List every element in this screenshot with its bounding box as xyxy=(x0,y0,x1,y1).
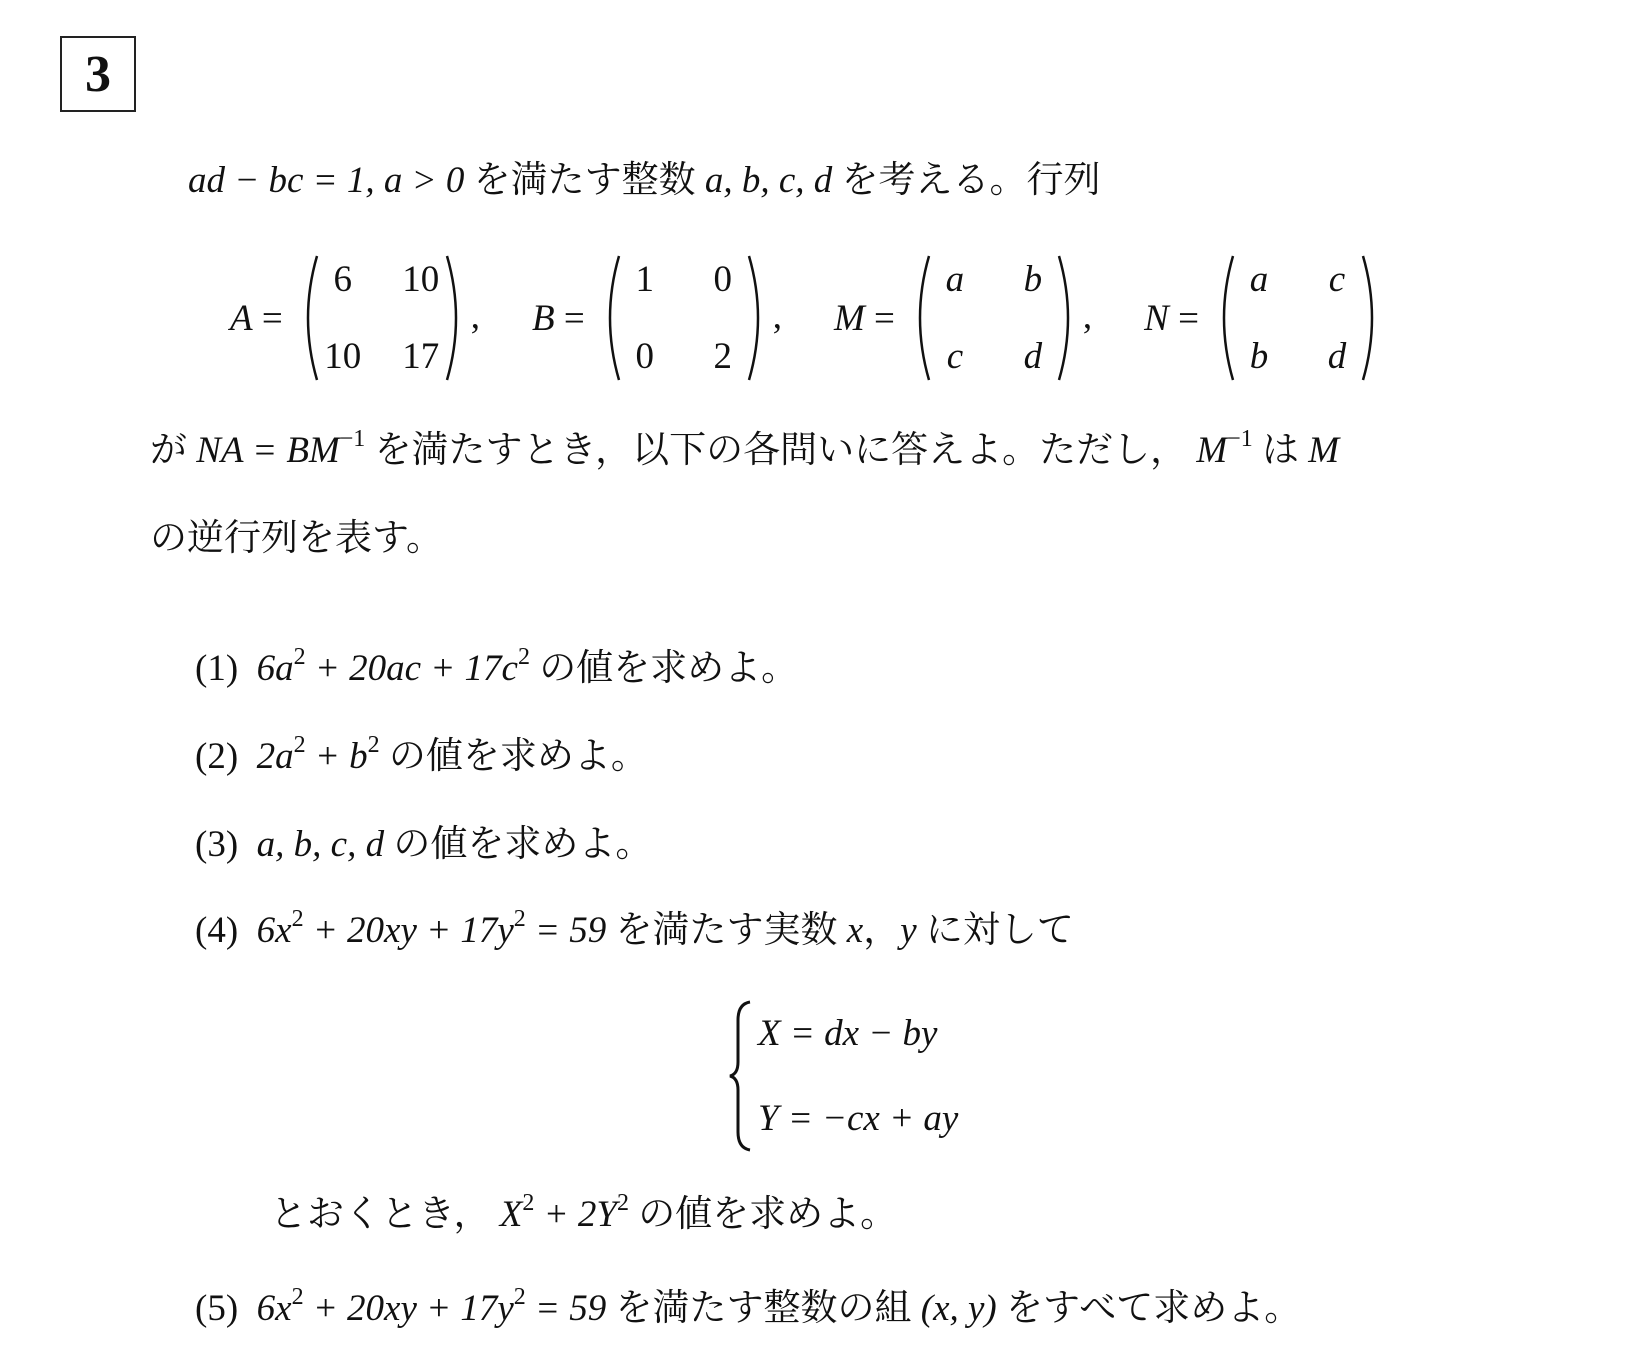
question-3: (3) a, b, c, d の値を求めよ。 xyxy=(195,826,652,863)
right-paren-icon xyxy=(747,254,769,382)
math: + 20xy + 17y xyxy=(304,1288,514,1329)
question-4-followup: とおくとき， X2 + 2Y2 の値を求めよ。 xyxy=(270,1196,897,1233)
matrix-entry: c xyxy=(935,335,975,378)
exponent: 2 xyxy=(368,732,380,758)
equation-system: X = dx − by Y = −cx + ay xyxy=(728,1000,958,1152)
matrix-entry: b xyxy=(1239,335,1279,378)
question-text: の値を求めよ。 xyxy=(539,648,798,689)
system-equation-2: Y = −cx + ay xyxy=(758,1097,958,1140)
exponent: 2 xyxy=(522,1190,534,1216)
math: + b xyxy=(306,736,368,777)
separator: , xyxy=(1083,295,1092,338)
exponent: −1 xyxy=(340,426,366,452)
intro-text-2: を考える。行列 xyxy=(842,160,1101,201)
question-label: (1) xyxy=(195,648,238,689)
exponent: 2 xyxy=(617,1190,629,1216)
matrix-name: A xyxy=(230,298,253,339)
intro-vars: a, b, c, d xyxy=(705,160,832,201)
problem-number-box: 3 xyxy=(60,36,136,112)
matrix-entry: 10 xyxy=(401,258,441,301)
right-paren-icon xyxy=(445,254,467,382)
right-paren-icon xyxy=(1057,254,1079,382)
question-text: を満たす実数 xyxy=(616,910,838,951)
exponent: 2 xyxy=(518,644,530,670)
left-brace-icon xyxy=(728,1000,754,1152)
matrix-entry: b xyxy=(1013,258,1053,301)
separator: , xyxy=(471,295,480,338)
matrix-B: B = 1 0 0 2 , xyxy=(532,254,782,382)
question-label: (2) xyxy=(195,736,238,777)
pair: (x, y) xyxy=(921,1288,997,1329)
condition-line: が NA = BM−1 を満たすとき，以下の各問いに答えよ。ただし， M−1 は… xyxy=(150,432,1339,469)
intro-line: ad − bc = 1, a > 0 を満たす整数 a, b, c, d を考え… xyxy=(188,162,1101,199)
right-paren-icon xyxy=(1361,254,1383,382)
math: + 20xy + 17y xyxy=(304,910,514,951)
question-label: (3) xyxy=(195,824,238,865)
matrix-entry: a xyxy=(1239,258,1279,301)
matrix-name: M xyxy=(834,298,865,339)
question-text: の値を求めよ。 xyxy=(393,824,652,865)
question-2: (2) 2a2 + b2 の値を求めよ。 xyxy=(195,738,648,775)
condition-line-2: の逆行列を表す。 xyxy=(150,520,443,557)
exponent: 2 xyxy=(292,1284,304,1310)
matrix-definitions: A = 6 10 10 17 , B = 1 0 0 2 , M = a b c… xyxy=(230,248,1435,388)
matrix-entry: 17 xyxy=(401,335,441,378)
math: 2a xyxy=(257,736,294,777)
exponent: 2 xyxy=(294,644,306,670)
math: = 59 xyxy=(526,1288,606,1329)
matrix-M: M = a b c d , xyxy=(834,254,1092,382)
left-paren-icon xyxy=(599,254,621,382)
math: a, b, c, d xyxy=(257,824,384,865)
exponent: −1 xyxy=(1227,426,1253,452)
matrix-name: N xyxy=(1144,298,1169,339)
text: は xyxy=(1262,430,1299,471)
question-text: の値を求めよ。 xyxy=(638,1194,897,1235)
exponent: 2 xyxy=(294,732,306,758)
var: y xyxy=(900,910,916,951)
math: X xyxy=(500,1194,523,1235)
question-5: (5) 6x2 + 20xy + 17y2 = 59 を満たす整数の組 (x, … xyxy=(195,1290,1301,1327)
question-text: の値を求めよ。 xyxy=(389,736,648,777)
matrix-entry: d xyxy=(1317,335,1357,378)
matrix-entry: 10 xyxy=(323,335,363,378)
question-text: とおくとき， xyxy=(270,1194,491,1235)
separator: , xyxy=(773,295,782,338)
problem-number: 3 xyxy=(85,45,111,104)
question-text: を満たす整数の組 xyxy=(616,1288,912,1329)
matrix-entry: 2 xyxy=(703,335,743,378)
math: 6x xyxy=(257,910,292,951)
math: + 2Y xyxy=(534,1194,617,1235)
question-text: をすべて求めよ。 xyxy=(1006,1288,1301,1329)
matrix-entry: 6 xyxy=(323,258,363,301)
matrix-entry: d xyxy=(1013,335,1053,378)
left-paren-icon xyxy=(297,254,319,382)
matrix-name: B xyxy=(532,298,555,339)
system-equation-1: X = dx − by xyxy=(758,1012,958,1055)
question-label: (5) xyxy=(195,1288,238,1329)
math: 6x xyxy=(257,1288,292,1329)
question-1: (1) 6a2 + 20ac + 17c2 の値を求めよ。 xyxy=(195,650,798,687)
matrix-N: N = a c b d xyxy=(1144,254,1383,382)
math: + 20ac + 17c xyxy=(306,648,518,689)
text: を満たすとき，以下の各問いに答えよ。ただし， xyxy=(375,430,1188,471)
math: 6a xyxy=(257,648,294,689)
exponent: 2 xyxy=(292,906,304,932)
matrix-symbol: M xyxy=(1196,430,1227,471)
text: が xyxy=(150,430,187,471)
matrix-A: A = 6 10 10 17 , xyxy=(230,254,480,382)
exponent: 2 xyxy=(514,906,526,932)
left-paren-icon xyxy=(909,254,931,382)
math: = 59 xyxy=(526,910,606,951)
matrix-entry: a xyxy=(935,258,975,301)
equation: NA = BM xyxy=(196,430,340,471)
separator: ， xyxy=(863,910,900,951)
question-4: (4) 6x2 + 20xy + 17y2 = 59 を満たす実数 x，y に対… xyxy=(195,912,1074,949)
matrix-entry: 0 xyxy=(625,335,665,378)
exponent: 2 xyxy=(514,1284,526,1310)
condition-math: ad − bc = 1, a > 0 xyxy=(188,160,464,201)
matrix-entry: 1 xyxy=(625,258,665,301)
left-paren-icon xyxy=(1213,254,1235,382)
question-label: (4) xyxy=(195,910,238,951)
intro-text-1: を満たす整数 xyxy=(474,160,696,201)
question-text: に対して xyxy=(926,910,1074,951)
matrix-entry: c xyxy=(1317,258,1357,301)
matrix-symbol: M xyxy=(1308,430,1339,471)
var: x xyxy=(847,910,863,951)
matrix-entry: 0 xyxy=(703,258,743,301)
